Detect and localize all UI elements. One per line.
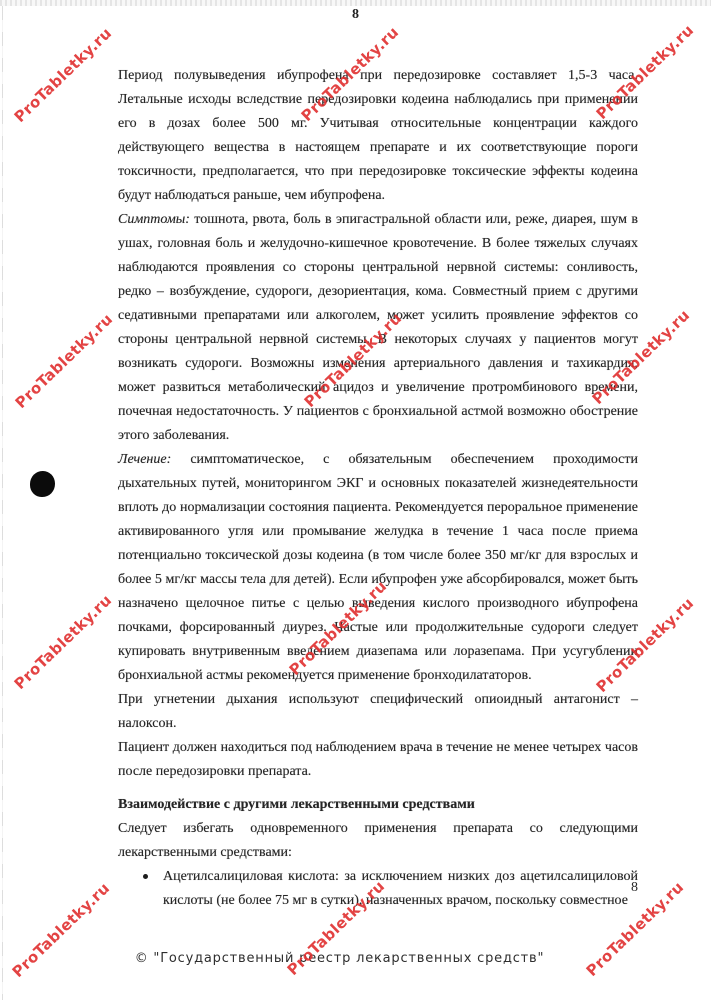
watermark-text: ProTabletky.ru xyxy=(11,591,116,693)
paragraph-overdose: Период полувыведения ибупрофена при пере… xyxy=(118,64,638,208)
paragraph-observation: Пациент должен находиться под наблюдение… xyxy=(118,736,638,784)
paragraph-text: симптоматическое, с обязательным обеспеч… xyxy=(118,452,638,683)
paragraph-text: Пациент должен находиться под наблюдение… xyxy=(118,740,638,779)
paragraph-lead: Лечение: xyxy=(118,452,171,467)
scan-top-edge-artifact xyxy=(0,0,711,6)
paragraph-treatment: Лечение: симптоматическое, с обязательны… xyxy=(118,448,638,688)
section-heading: Взаимодействие с другими лекарственными … xyxy=(118,793,638,817)
list-item-text: Ацетилсалициловая кислота: за исключение… xyxy=(163,869,638,908)
scan-left-edge-artifact xyxy=(2,6,3,1000)
paragraph-lead: Симптомы: xyxy=(118,212,190,227)
page-number-bottom: 8 xyxy=(631,880,638,896)
watermark-text: ProTabletky.ru xyxy=(12,310,117,412)
watermark-text: ProTabletky.ru xyxy=(11,24,116,126)
paragraph-text: При угнетении дыхания используют специфи… xyxy=(118,692,638,731)
hole-punch-mark xyxy=(30,471,55,497)
document-text-block: Период полувыведения ибупрофена при пере… xyxy=(118,64,638,913)
paragraph-naloxone: При угнетении дыхания используют специфи… xyxy=(118,688,638,736)
section-intro: Следует избегать одновременного применен… xyxy=(118,817,638,865)
scanned-document-page: 8 Период полувыведения ибупрофена при пе… xyxy=(0,0,711,1000)
paragraph-text: Период полувыведения ибупрофена при пере… xyxy=(118,68,638,203)
page-number-top: 8 xyxy=(0,7,711,23)
bullet-icon xyxy=(143,874,148,879)
